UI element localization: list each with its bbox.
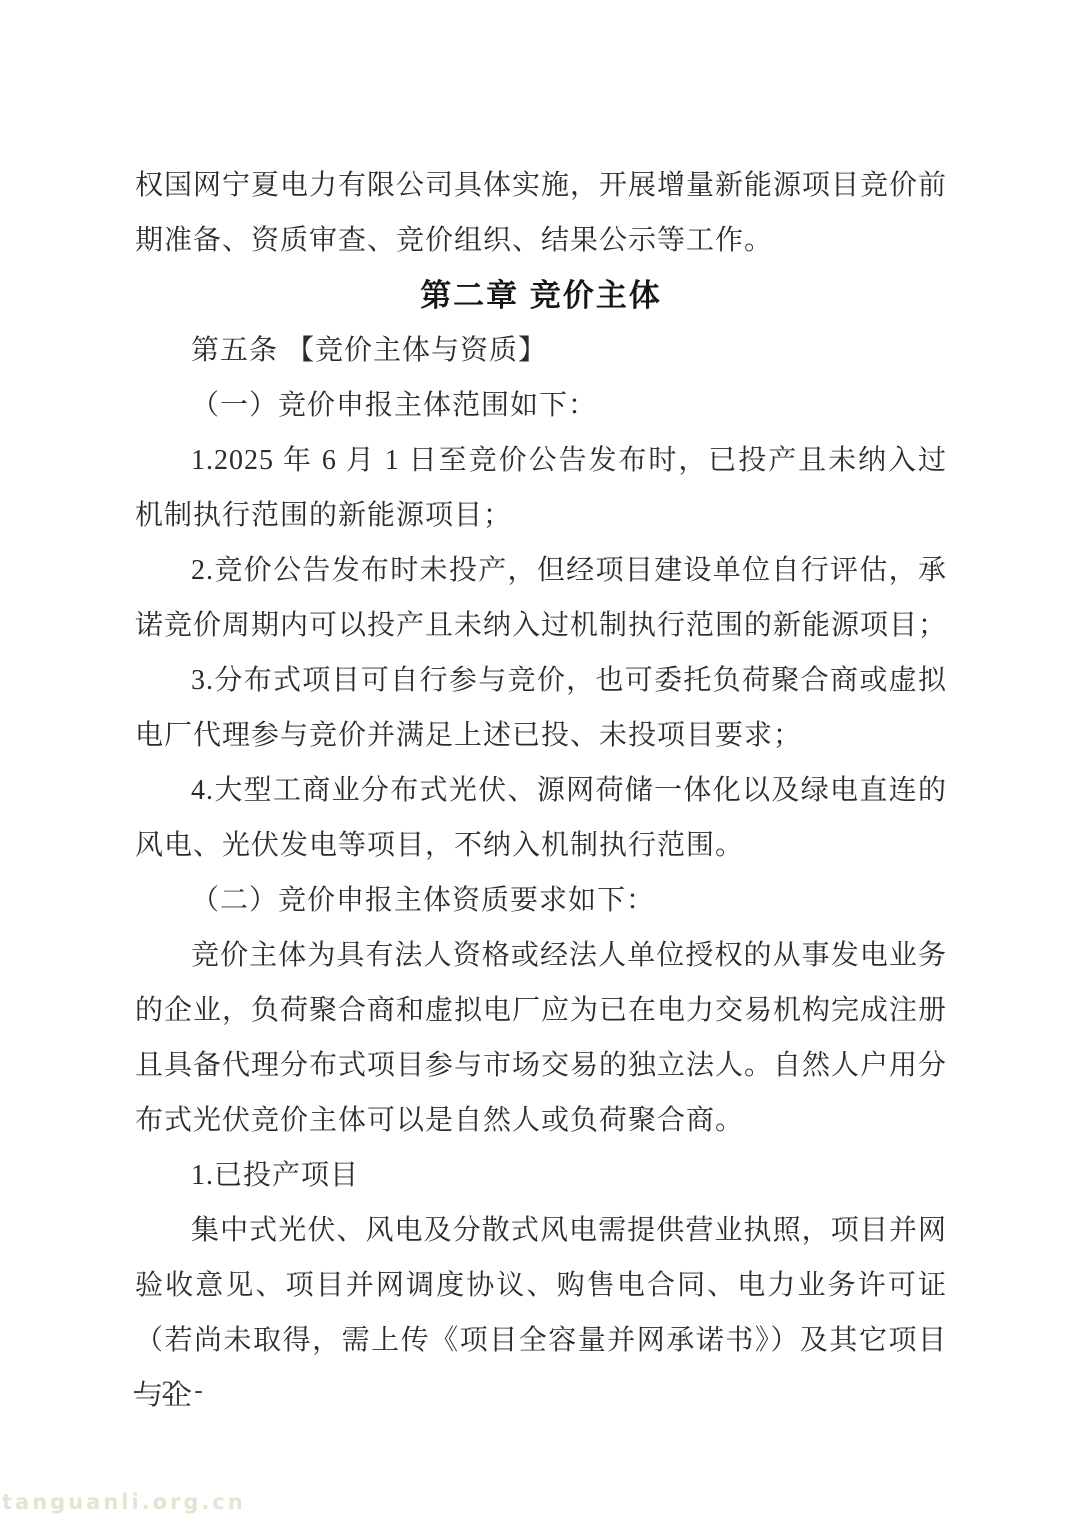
document-page: 权国网宁夏电力有限公司具体实施，开展增量新能源项目竞价前期准备、资质审查、竞价组… — [0, 0, 1080, 1527]
article-item: 1.2025 年 6 月 1 日至竞价公告发布时，已投产且未纳入过机制执行范围的… — [135, 433, 947, 543]
article-item: 集中式光伏、风电及分散式风电需提供营业执照，项目并网验收意见、项目并网调度协议、… — [135, 1203, 947, 1423]
article-item: （一）竞价申报主体范围如下： — [135, 378, 947, 433]
article-item: 2.竞价公告发布时未投产，但经项目建设单位自行评估，承诺竞价周期内可以投产且未纳… — [135, 543, 947, 653]
article-item: 4.大型工商业分布式光伏、源网荷储一体化以及绿电直连的风电、光伏发电等项目，不纳… — [135, 763, 947, 873]
article-title: 第五条 【竞价主体与资质】 — [135, 323, 947, 378]
document-body: 权国网宁夏电力有限公司具体实施，开展增量新能源项目竞价前期准备、资质审查、竞价组… — [135, 158, 947, 1423]
article-item: 3.分布式项目可自行参与竞价，也可委托负荷聚合商或虚拟电厂代理参与竞价并满足上述… — [135, 653, 947, 763]
article-item: 竞价主体为具有法人资格或经法人单位授权的从事发电业务的企业，负荷聚合商和虚拟电厂… — [135, 928, 947, 1148]
page-number: - 2 - — [133, 1376, 205, 1406]
article-item: （二）竞价申报主体资质要求如下： — [135, 873, 947, 928]
watermark: tanguanli.org.cn — [2, 1489, 246, 1515]
continuation-paragraph: 权国网宁夏电力有限公司具体实施，开展增量新能源项目竞价前期准备、资质审查、竞价组… — [135, 158, 947, 268]
article-item: 1.已投产项目 — [135, 1148, 947, 1203]
chapter-heading: 第二章 竞价主体 — [135, 268, 947, 323]
